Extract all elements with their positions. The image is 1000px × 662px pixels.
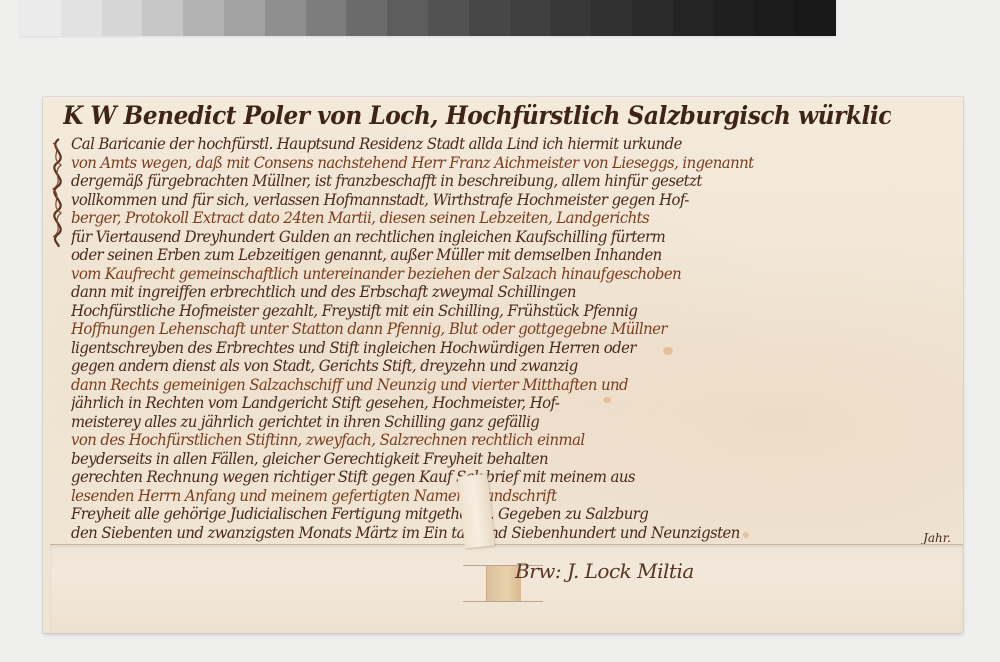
slot-line	[463, 601, 543, 602]
gray-patch	[591, 0, 632, 36]
document-line: berger, Protokoll Extract dato 24ten Mar…	[71, 209, 918, 227]
document-body: K W Benedict Poler von Loch, Hochfürstli…	[63, 97, 953, 545]
gray-patch	[346, 0, 387, 36]
gray-patch	[102, 0, 143, 36]
gray-patch	[306, 0, 347, 36]
document-line: gerechten Rechnung wegen richtiger Stift…	[71, 468, 918, 486]
document-line: den Siebenten und zwanzigsten Monats Mär…	[71, 524, 918, 542]
document-line: dann Rechts gemeinigen Salzachschiff und…	[71, 376, 918, 394]
gray-patch	[142, 0, 183, 36]
document-line: Hoffnungen Lehenschaft unter Statton dan…	[71, 320, 918, 338]
document-line: beyderseits in allen Fällen, gleicher Ge…	[71, 450, 918, 468]
document-line: ligentschreyben des Erbrechtes und Stift…	[71, 339, 918, 357]
gray-patch	[183, 0, 224, 36]
document-line: lesenden Herrn Anfang und meinem geferti…	[71, 487, 918, 505]
historical-document: K W Benedict Poler von Loch, Hochfürstli…	[43, 97, 963, 633]
document-line: meisterey alles zu jährlich gerichtet in…	[71, 413, 918, 431]
gray-patch	[61, 0, 102, 36]
document-line: Cal Baricanie der hochfürstl. Hauptsund …	[71, 135, 918, 153]
document-line: Hochfürstliche Hofmeister gezahlt, Freys…	[71, 302, 918, 320]
document-heading: K W Benedict Poler von Loch, Hochfürstli…	[63, 101, 891, 131]
gray-patch	[265, 0, 306, 36]
document-line: von des Hochfürstlichen Stiftinn, zweyfa…	[71, 431, 918, 449]
document-line: vom Kaufrecht gemeinschaftlich untereina…	[71, 265, 918, 283]
date-suffix: Jahr.	[923, 531, 951, 545]
gray-scale-calibration-card	[20, 0, 836, 36]
document-line: Freyheit alle gehörige Judicialischen Fe…	[71, 505, 918, 523]
document-line: dergemäß fürgebrachten Müllner, ist fran…	[71, 172, 918, 190]
document-line: von Amts wegen, daß mit Consens nachsteh…	[71, 154, 918, 172]
gray-patch	[428, 0, 469, 36]
gray-patch	[754, 0, 795, 36]
gray-patch	[387, 0, 428, 36]
gray-patch	[510, 0, 551, 36]
gray-patch	[469, 0, 510, 36]
document-line: jährlich in Rechten vom Landgericht Stif…	[71, 394, 918, 412]
gray-patch	[224, 0, 265, 36]
document-line: dann mit ingreiffen erbrechtlich und des…	[71, 283, 918, 301]
ink-stain	[743, 532, 749, 538]
gray-patch	[550, 0, 591, 36]
gray-patch	[714, 0, 755, 36]
document-line: gegen andern dienst als von Stadt, Geric…	[71, 357, 918, 375]
gray-patch	[673, 0, 714, 36]
document-line: oder seinen Erben zum Lebzeitigen genann…	[71, 246, 918, 264]
gray-patch	[632, 0, 673, 36]
ink-stain	[603, 397, 611, 403]
gray-patch	[20, 0, 61, 36]
signature: Brw: J. Lock Miltia	[515, 559, 694, 583]
gray-patch	[795, 0, 836, 36]
document-line: vollkommen und für sich, verlassen Hofma…	[71, 191, 918, 209]
ink-stain	[663, 347, 673, 355]
document-line: für Viertausend Dreyhundert Gulden an re…	[71, 228, 918, 246]
